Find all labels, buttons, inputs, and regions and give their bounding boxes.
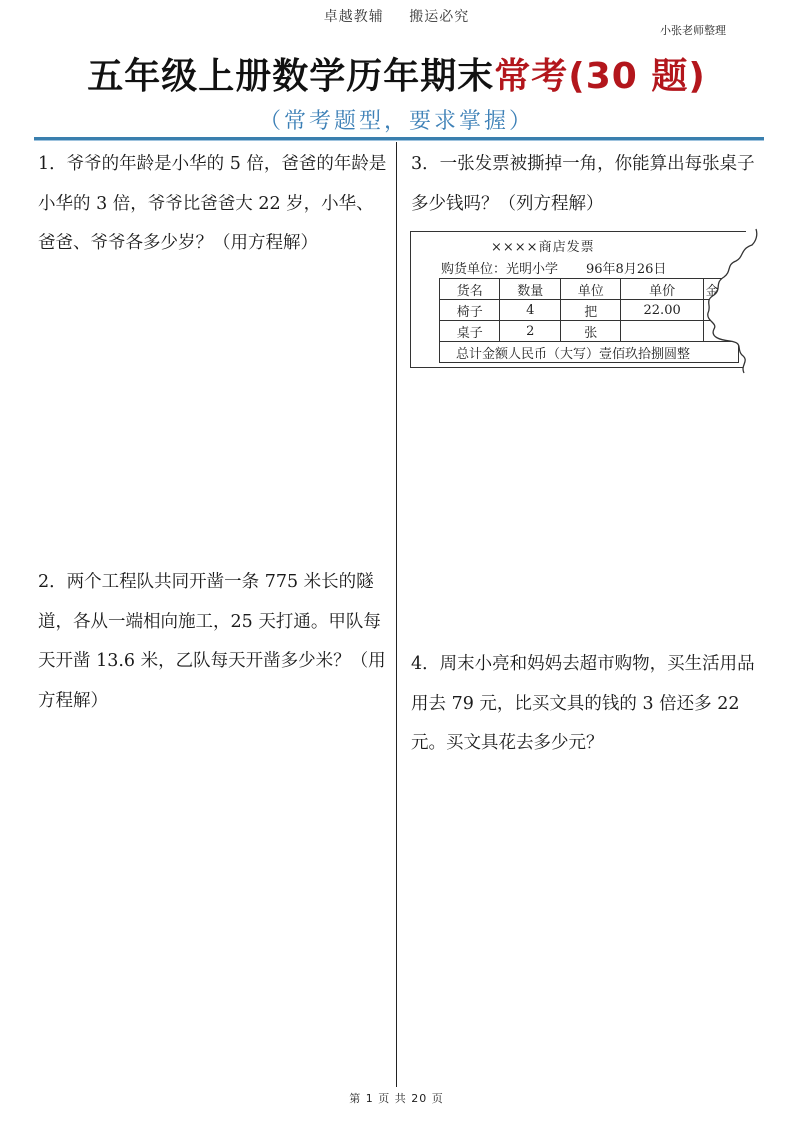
column-divider (396, 142, 397, 1087)
torn-edge-icon (700, 225, 760, 375)
page-footer: 第 1 页 共 20 页 (0, 1090, 793, 1106)
title-accent: 常考(30 题) (494, 56, 706, 97)
invoice-total-row: 总计金额人民币（大写）壹佰玖拾捌圆整 (440, 342, 739, 363)
invoice-cell: 张 (560, 321, 620, 342)
invoice-header-cell: 单位 (560, 279, 620, 300)
invoice-header-row: 货名 数量 单位 单价 金 (440, 279, 739, 300)
torn-invoice: ××××商店发票 购货单位：光明小学96年8月26日 货名 数量 单位 单价 金… (410, 231, 746, 368)
question-4: 4．周末小亮和妈妈去超市购物，买生活用品用去 79 元，比买文具的钱的 3 倍还… (411, 645, 761, 764)
question-1: 1．爷爷的年龄是小华的 5 倍，爸爸的年龄是小华的 3 倍，爷爷比爸爸大 22 … (38, 145, 388, 264)
header-copyright: 搬运必究 (409, 9, 469, 25)
invoice-cell: 把 (560, 300, 620, 321)
page-title: 五年级上册数学历年期末常考(30 题) (0, 48, 793, 99)
header-brand: 卓越教辅 (324, 9, 384, 25)
title-main: 五年级上册数学历年期末 (87, 56, 494, 97)
invoice-row: 椅子 4 把 22.00 (440, 300, 739, 321)
invoice-date: 96年8月26日 (586, 262, 666, 277)
invoice-meta: 购货单位：光明小学96年8月26日 (441, 258, 666, 277)
author-note: 小张老师整理 (660, 22, 726, 38)
invoice-header-cell: 数量 (500, 279, 560, 300)
header-rule (34, 137, 764, 141)
invoice-cell: 22.00 (621, 300, 703, 321)
invoice-total: 总计金额人民币（大写）壹佰玖拾捌圆整 (440, 342, 739, 363)
invoice-buyer: 购货单位：光明小学 (441, 262, 558, 277)
invoice-cell: 桌子 (440, 321, 500, 342)
invoice-cell: 2 (500, 321, 560, 342)
invoice-title: ××××商店发票 (491, 236, 595, 255)
invoice-cell: 椅子 (440, 300, 500, 321)
invoice-cell (621, 321, 703, 342)
invoice-row: 桌子 2 张 (440, 321, 739, 342)
page-subtitle: （常考题型，要求掌握） (0, 104, 793, 135)
invoice-header-cell: 单价 (621, 279, 703, 300)
question-3: 3．一张发票被撕掉一角，你能算出每张桌子多少钱吗？（列方程解） (411, 145, 761, 224)
invoice-cell: 4 (500, 300, 560, 321)
invoice-table: 货名 数量 单位 单价 金 椅子 4 把 22.00 桌子 2 张 总计金额人民… (439, 278, 739, 363)
invoice-header-cell: 货名 (440, 279, 500, 300)
question-2: 2．两个工程队共同开凿一条 775 米长的隧道，各从一端相向施工，25 天打通。… (38, 563, 388, 721)
